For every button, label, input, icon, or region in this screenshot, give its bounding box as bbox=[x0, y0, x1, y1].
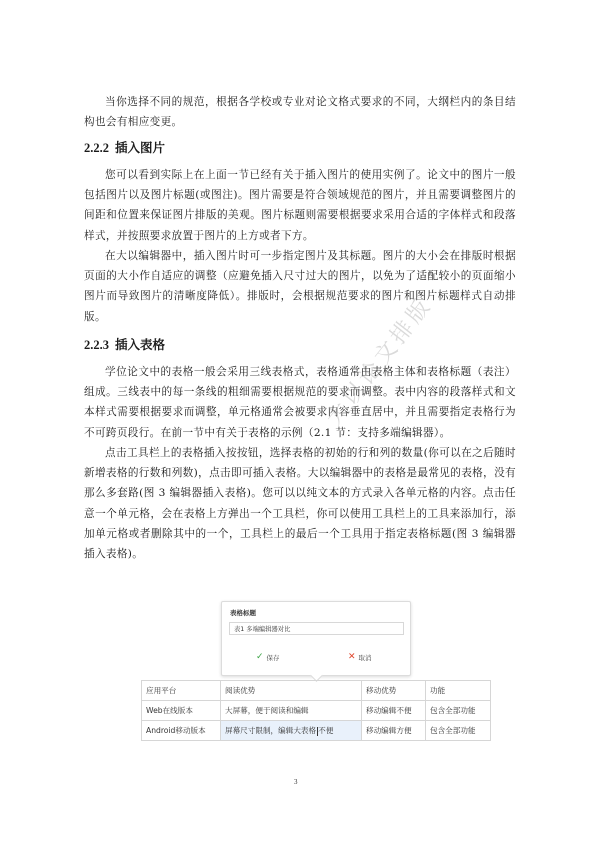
document-page: 当你选择不同的规范，根据各学校或专业对论文格式要求的不同，大纲栏内的条目结构也会… bbox=[0, 0, 595, 842]
selected-table-cell[interactable]: 屏幕尺寸限制，编辑大表格不便 bbox=[221, 721, 362, 741]
table-cell[interactable]: 包含全部功能 bbox=[426, 721, 491, 741]
table-header-row: 应用平台 阅读优势 移动优势 功能 bbox=[142, 681, 491, 701]
table-cell[interactable]: 移动优势 bbox=[362, 681, 426, 701]
close-icon: ✕ bbox=[348, 652, 356, 662]
heading-title: 插入图片 bbox=[115, 141, 165, 155]
save-label: 保存 bbox=[267, 653, 280, 662]
heading-number: 2.2.3 bbox=[84, 338, 109, 352]
table-cell[interactable]: 功能 bbox=[426, 681, 491, 701]
cancel-button[interactable]: ✕ 取消 bbox=[348, 652, 372, 662]
save-button[interactable]: ✓ 保存 bbox=[256, 652, 280, 662]
cancel-label: 取消 bbox=[359, 653, 372, 662]
table-row: Web在线版本 大屏幕，便于阅读和编辑 移动编辑不便 包含全部功能 bbox=[142, 701, 491, 721]
page-number: 3 bbox=[294, 778, 298, 786]
paragraph-image-editor: 在大以编辑器中，插入图片时可一步指定图片及其标题。图片的大小会在排版时根据页面的… bbox=[84, 246, 516, 327]
table-cell[interactable]: 包含全部功能 bbox=[426, 701, 491, 721]
table-cell[interactable]: Web在线版本 bbox=[142, 701, 221, 721]
paragraph-table-intro: 学位论文中的表格一般会采用三线表格式，表格通常由表格主体和表格标题（表注）组成。… bbox=[84, 362, 516, 443]
table-cell[interactable]: 应用平台 bbox=[142, 681, 221, 701]
table-cell[interactable]: 大屏幕，便于阅读和编辑 bbox=[221, 701, 362, 721]
heading-number: 2.2.2 bbox=[84, 141, 109, 155]
paragraph-table-editor: 点击工具栏上的表格插入按按钮，选择表格的初始的行和列的数量(你可以在之后随时新增… bbox=[84, 443, 516, 564]
table-cell[interactable]: 阅读优势 bbox=[221, 681, 362, 701]
table-cell[interactable]: Android移动版本 bbox=[142, 721, 221, 741]
editor-table: 应用平台 阅读优势 移动优势 功能 Web在线版本 大屏幕，便于阅读和编辑 移动… bbox=[141, 680, 491, 741]
table-row: Android移动版本 屏幕尺寸限制，编辑大表格不便 移动编辑方便 包含全部功能 bbox=[142, 721, 491, 741]
table-cell[interactable]: 移动编辑方便 bbox=[362, 721, 426, 741]
table-cell[interactable]: 移动编辑不便 bbox=[362, 701, 426, 721]
cell-text: 屏幕尺寸限制，编辑大表格 bbox=[225, 726, 316, 735]
paragraph-outline-note: 当你选择不同的规范，根据各学校或专业对论文格式要求的不同，大纲栏内的条目结构也会… bbox=[84, 92, 516, 132]
caption-label: 表格标题 bbox=[230, 608, 256, 617]
paragraph-image-intro: 您可以看到实际上在上面一节已经有关于插入图片的使用实例了。论文中的图片一般包括图… bbox=[84, 165, 516, 246]
heading-title: 插入表格 bbox=[115, 338, 165, 352]
cell-text-tail: 不便 bbox=[318, 726, 333, 735]
check-icon: ✓ bbox=[256, 652, 264, 662]
heading-insert-table: 2.2.3插入表格 bbox=[84, 337, 165, 353]
heading-insert-image: 2.2.2插入图片 bbox=[84, 140, 165, 156]
caption-input[interactable]: 表1 多端编辑器对比 bbox=[229, 622, 404, 635]
table-caption-popup: 表格标题 表1 多端编辑器对比 ✓ 保存 ✕ 取消 bbox=[221, 601, 411, 676]
